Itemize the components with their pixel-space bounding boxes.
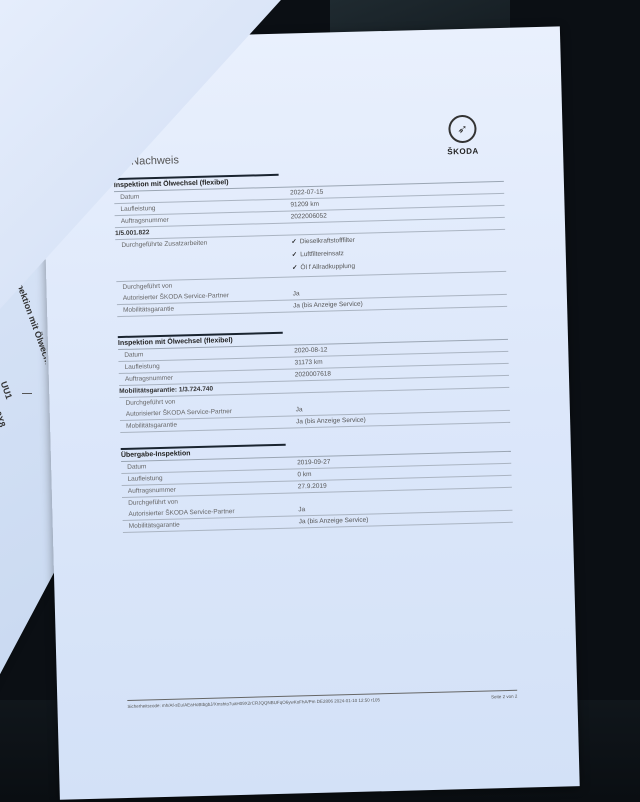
background-sheet-text: UU1 <box>0 380 14 400</box>
row-label: Durchgeführte Zusatzarbeiten <box>115 237 291 249</box>
row-note-text: Mobilitätsgarantie: 1/3.724.740 <box>119 386 213 395</box>
row-label: Mobilitätsgarantie <box>123 518 299 530</box>
background-sheet-text: 0X8 <box>0 410 7 428</box>
service-entry-3: Übergabe-Inspektion Datum2019-09-27 Lauf… <box>121 438 513 533</box>
checkmark-icon: ✓ <box>292 264 298 271</box>
row-value: Ja (bis Anzeige Service) <box>293 297 507 310</box>
extra-work-list: ✓Dieselkraftstofffilter ✓Luftfiltereinsa… <box>291 232 506 277</box>
brand-logo: ➶ ŠKODA <box>440 114 485 156</box>
row-label: Mobilitätsgarantie <box>120 418 296 430</box>
page-footer: Sicherheitscode: mh/Af-sEu/AEaHoBtbgbJ/X… <box>127 690 517 709</box>
background-sheet-print: Inspektion mit Ölwechsel UU1 0X8 <box>0 260 46 590</box>
checkmark-icon: ✓ <box>291 238 297 245</box>
service-entry-2: Inspektion mit Ölwechsel (flexibel) Datu… <box>118 326 510 433</box>
service-entry-1: Inspektion mit Ölwechsel (flexibel) Datu… <box>114 168 508 317</box>
pen-mark <box>22 393 32 394</box>
brand-name: ŠKODA <box>441 146 485 156</box>
row-value: Ja (bis Anzeige Service) <box>299 513 513 526</box>
security-code: Sicherheitscode: mh/Af-sEu/AEaHoBtbgbJ/X… <box>127 697 380 709</box>
checkmark-icon: ✓ <box>292 251 298 258</box>
page-number: Seite 2 von 2 <box>491 694 517 700</box>
skoda-winged-arrow-icon: ➶ <box>448 115 477 144</box>
row-label: Mobilitätsgarantie <box>117 302 293 314</box>
row-value: Ja (bis Anzeige Service) <box>296 413 510 426</box>
